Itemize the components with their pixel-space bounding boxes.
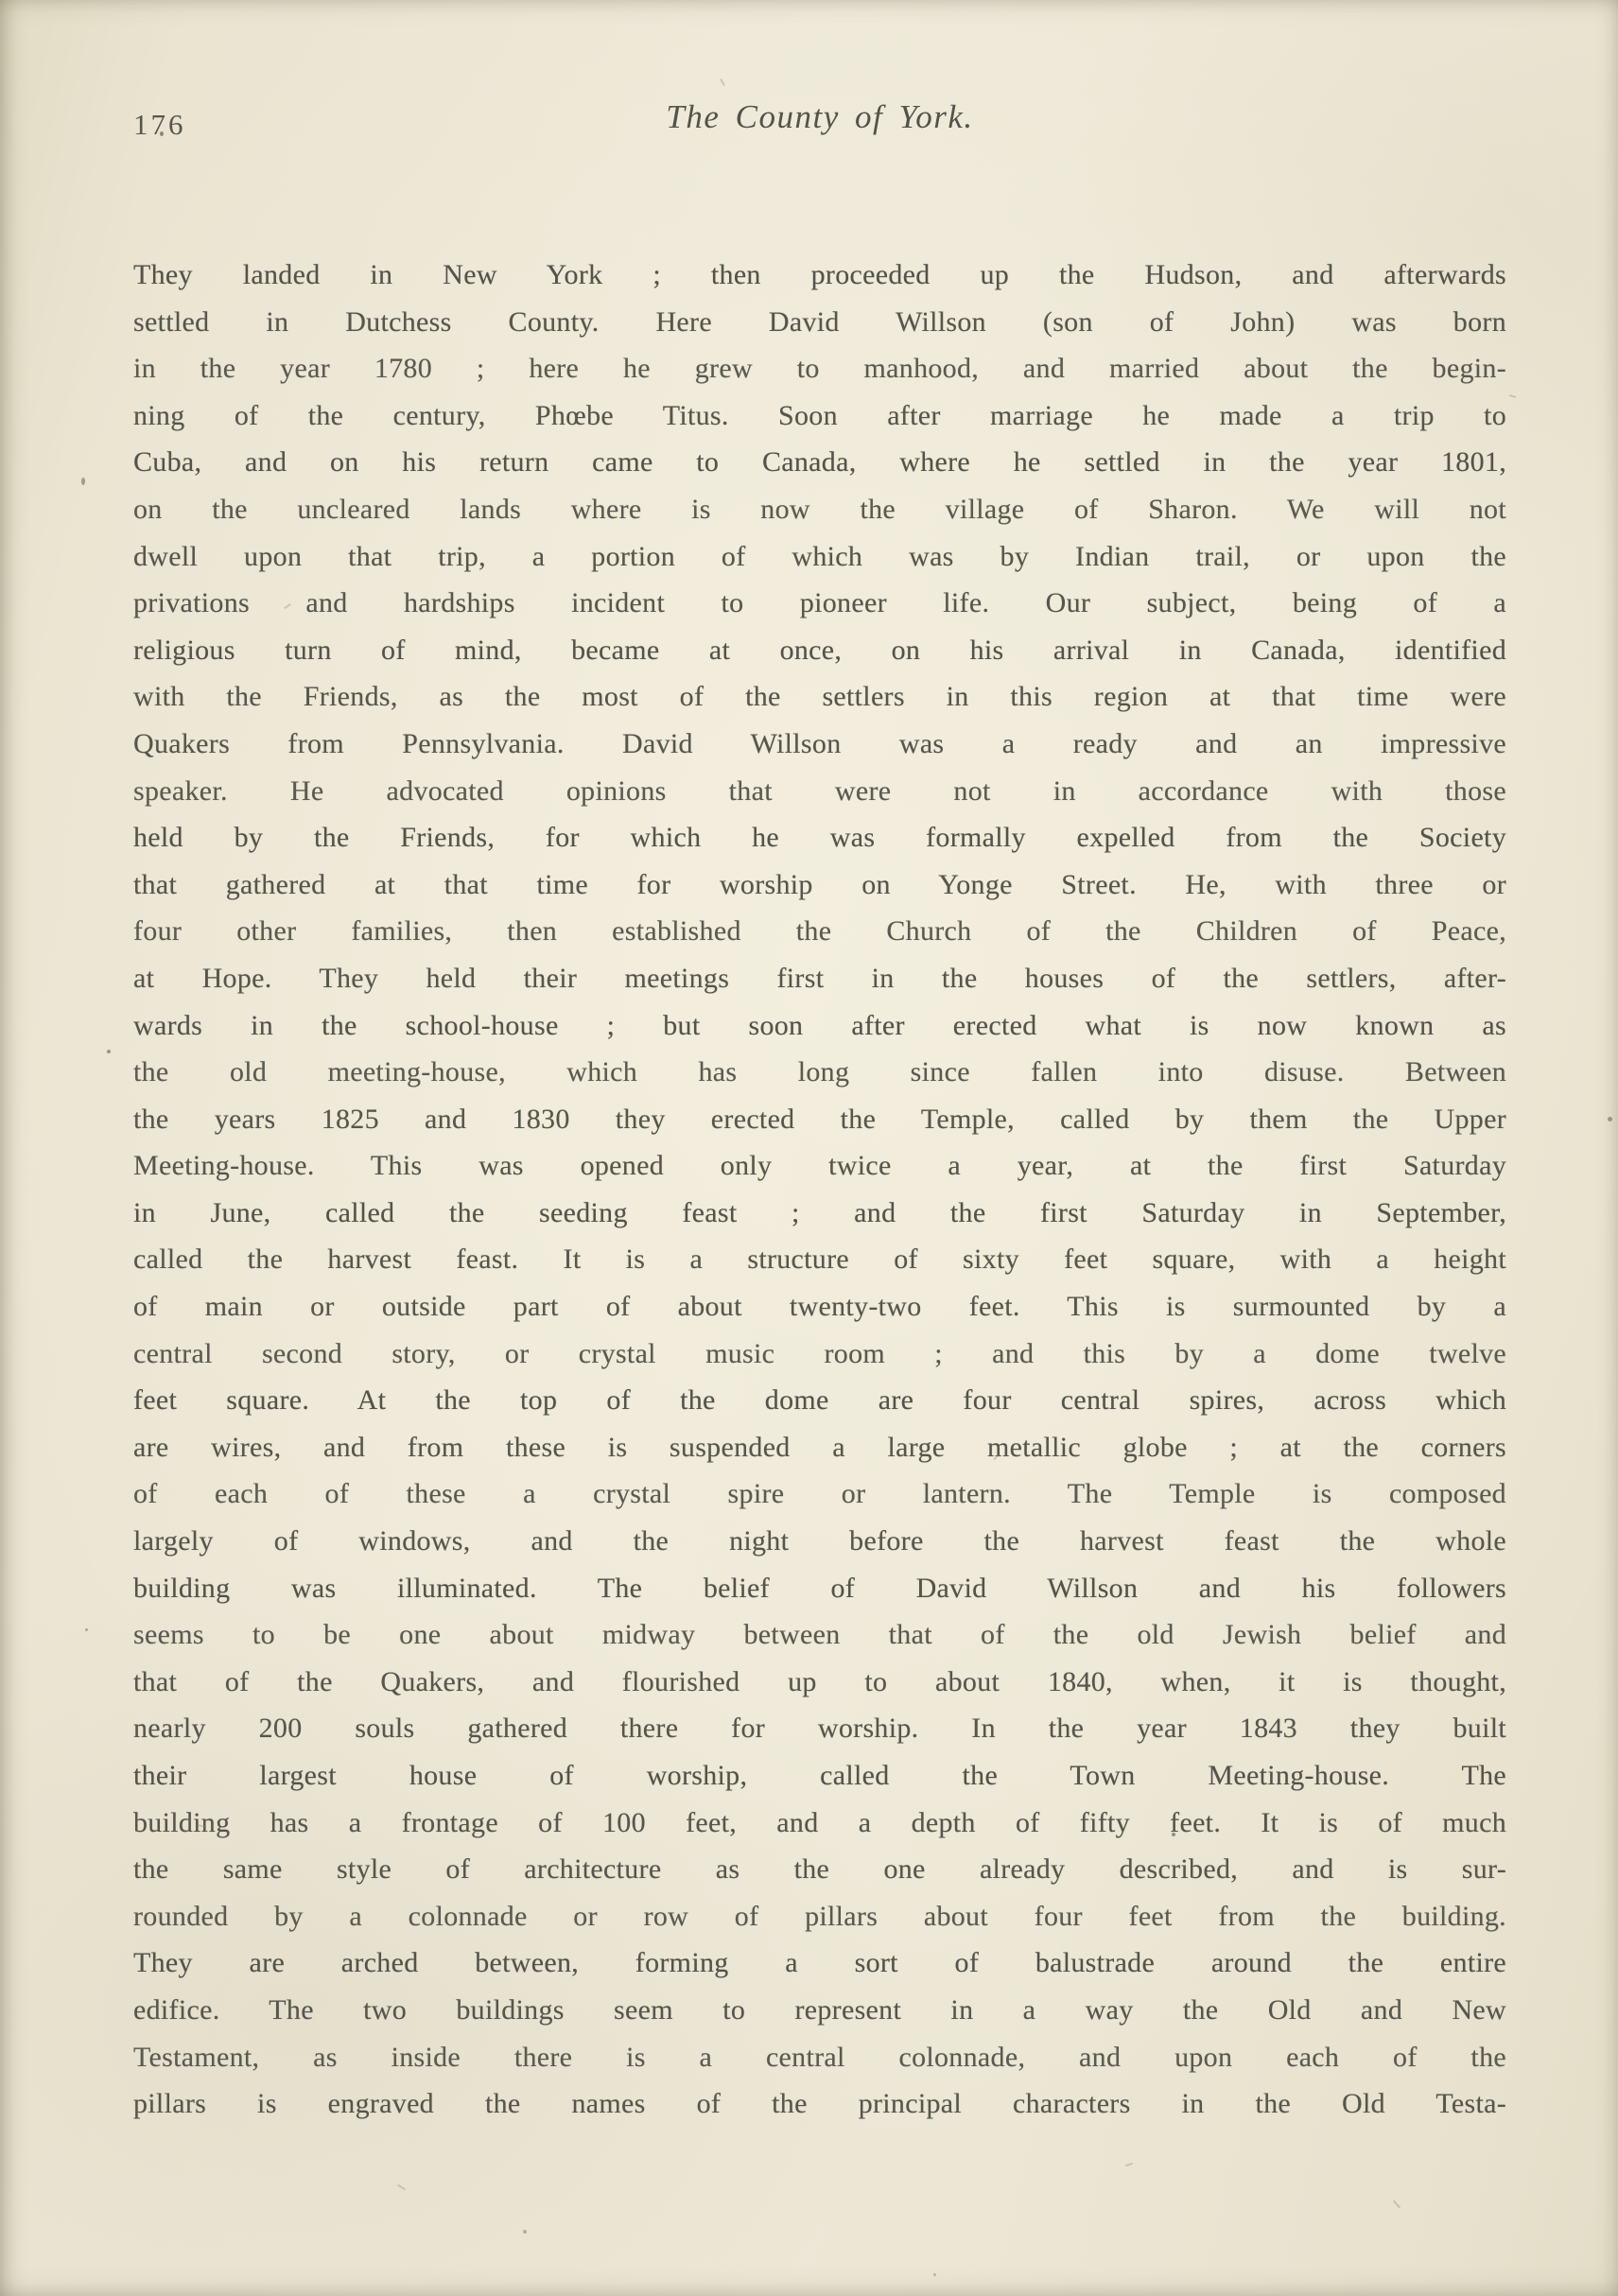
running-title: The County of York. [133, 98, 1506, 136]
body-text-line: building has a frontage of 100 feet, and… [133, 1800, 1506, 1847]
body-text-line: privations and hardships incident to pio… [133, 580, 1506, 627]
ink-speck [107, 1050, 111, 1053]
body-text-line: seems to be one about midway between tha… [133, 1611, 1506, 1659]
paper-fiber [1125, 2163, 1133, 2167]
body-text-line: Testament, as inside there is a central … [133, 2034, 1506, 2081]
ink-speck [933, 2273, 936, 2276]
ink-speck [85, 1628, 88, 1631]
body-text-line: the same style of architecture as the on… [133, 1846, 1506, 1893]
body-text-line: at Hope. They held their meetings first … [133, 955, 1506, 1002]
body-text-line: Meeting-house. This was opened only twic… [133, 1142, 1506, 1190]
body-text-line: central second story, or crystal music r… [133, 1331, 1506, 1378]
ink-speck [81, 478, 85, 485]
body-text-line: ning of the century, Phœbe Titus. Soon a… [133, 392, 1506, 440]
paper-fiber [397, 2184, 406, 2190]
ink-speck [1608, 1117, 1612, 1122]
body-text-line: feet square. At the top of the dome are … [133, 1377, 1506, 1424]
paper-fiber [720, 78, 725, 86]
body-text-line: that of the Quakers, and flourished up t… [133, 1659, 1506, 1706]
body-text-line: They landed in New York ; then proceeded… [133, 252, 1506, 299]
body-text-line: building was illuminated. The belief of … [133, 1565, 1506, 1612]
body-text-line: They are arched between, forming a sort … [133, 1939, 1506, 1987]
body-text-line: the years 1825 and 1830 they erected the… [133, 1096, 1506, 1143]
body-text-line: on the uncleared lands where is now the … [133, 486, 1506, 533]
body-text-line: wards in the school-house ; but soon aft… [133, 1002, 1506, 1050]
body-text-line: their largest house of worship, called t… [133, 1752, 1506, 1800]
body-text-line: that gathered at that time for worship o… [133, 861, 1506, 909]
body-text-line: pillars is engraved the names of the pri… [133, 2080, 1506, 2128]
body-text-line: edifice. The two buildings seem to repre… [133, 1987, 1506, 2034]
body-text-line: are wires, and from these is suspended a… [133, 1424, 1506, 1471]
body-text-line: largely of windows, and the night before… [133, 1518, 1506, 1565]
body-text-line: called the harvest feast. It is a struct… [133, 1236, 1506, 1283]
body-text-line: in the year 1780 ; here he grew to manho… [133, 345, 1506, 392]
body-text-line: speaker. He advocated opinions that were… [133, 768, 1506, 815]
paper-fiber [1509, 394, 1516, 398]
body-text-line: dwell upon that trip, a portion of which… [133, 533, 1506, 581]
body-text-line: the old meeting-house, which has long si… [133, 1049, 1506, 1096]
body-text-line: rounded by a colonnade or row of pillars… [133, 1893, 1506, 1940]
paper-fiber [1393, 2200, 1401, 2209]
ink-speck [523, 2230, 527, 2234]
body-text: They landed in New York ; then proceeded… [133, 252, 1506, 2128]
body-text-line: religious turn of mind, became at once, … [133, 627, 1506, 674]
body-text-line: of main or outside part of about twenty-… [133, 1283, 1506, 1331]
body-text-line: with the Friends, as the most of the set… [133, 673, 1506, 721]
page-number: 176 [133, 108, 186, 142]
body-text-line: Cuba, and on his return came to Canada, … [133, 439, 1506, 486]
body-text-line: four other families, then established th… [133, 908, 1506, 955]
body-text-line: Quakers from Pennsylvania. David Willson… [133, 721, 1506, 768]
page-header: 176 The County of York. [133, 98, 1506, 148]
body-text-line: in June, called the seeding feast ; and … [133, 1190, 1506, 1237]
book-page: 176 The County of York. They landed in N… [0, 0, 1618, 2296]
body-text-line: of each of these a crystal spire or lant… [133, 1470, 1506, 1518]
body-text-line: held by the Friends, for which he was fo… [133, 814, 1506, 861]
body-text-line: nearly 200 souls gathered there for wors… [133, 1705, 1506, 1752]
body-text-line: settled in Dutchess County. Here David W… [133, 299, 1506, 346]
